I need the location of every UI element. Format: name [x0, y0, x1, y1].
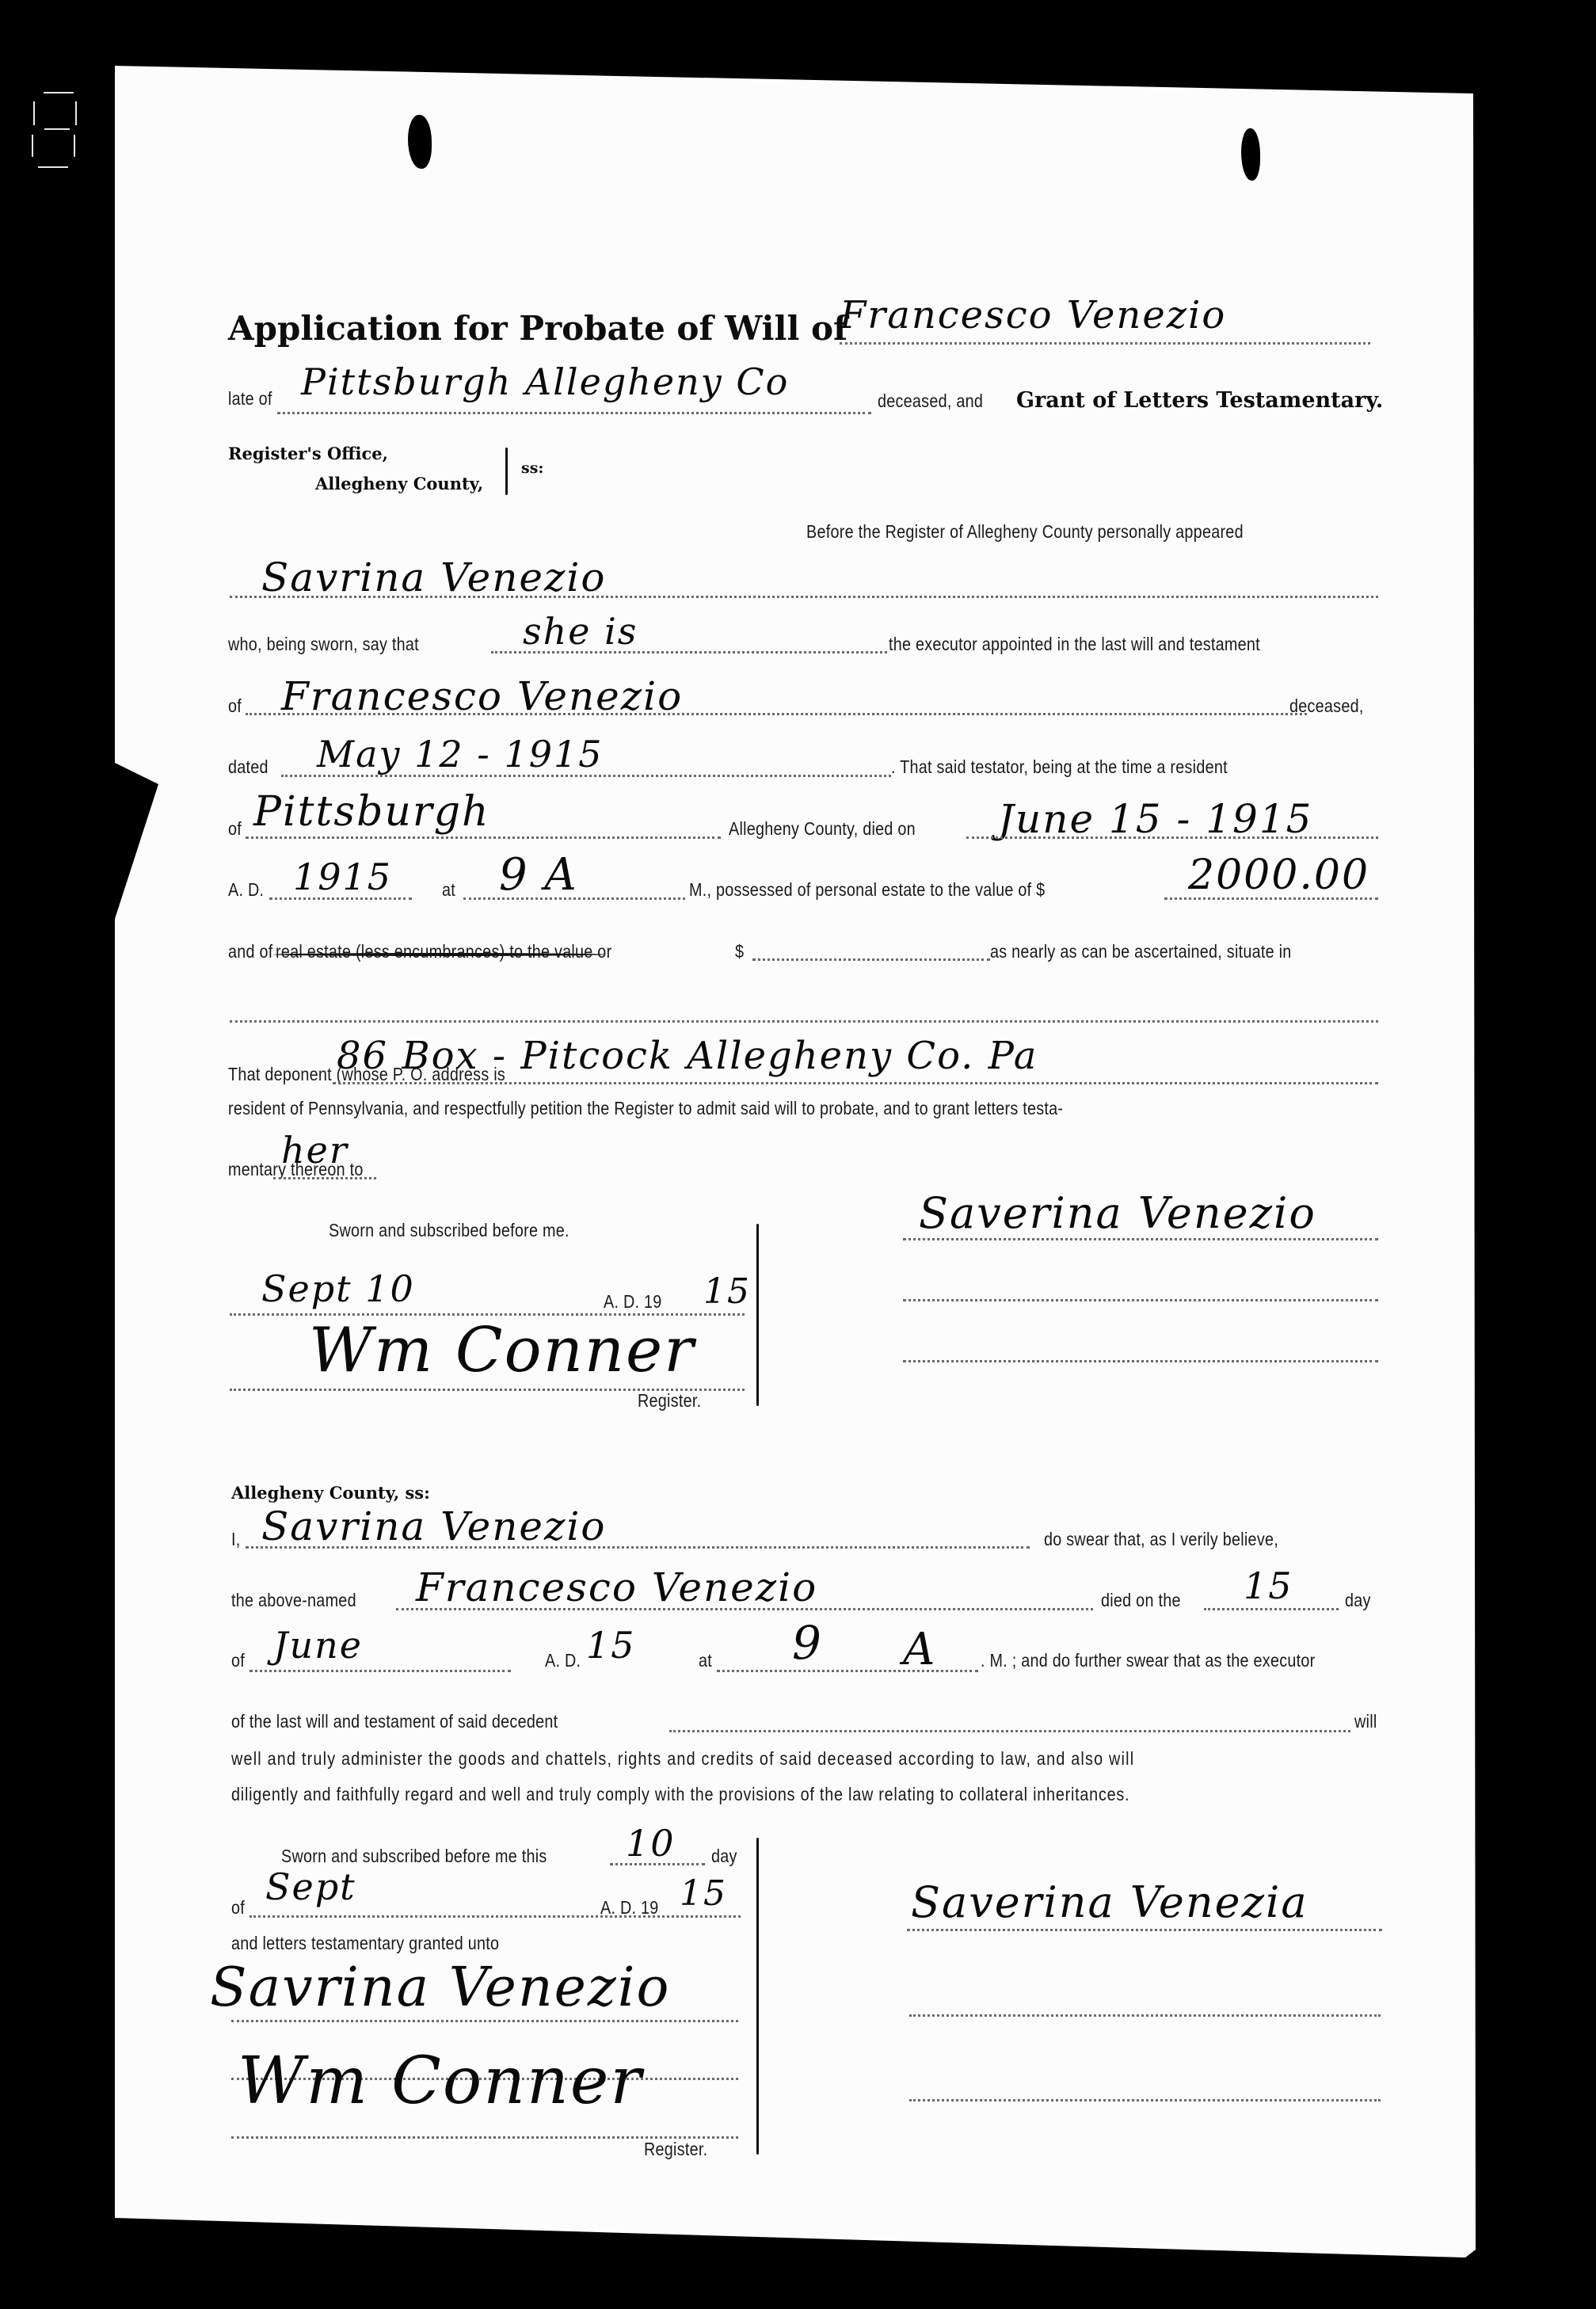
- register-signature-2: Wm Conner: [238, 2044, 643, 2119]
- residence-field: Pittsburgh: [253, 788, 490, 836]
- letters-to-field: her: [281, 1129, 349, 1172]
- above-named-field: Francesco Venezio: [416, 1564, 817, 1610]
- oath-ampm-field: A: [903, 1624, 936, 1675]
- executor-signature: Saverina Venezia: [911, 1877, 1308, 1927]
- decedent-name-field: Francesco Venezio: [840, 293, 1226, 337]
- real-estate-struck-text: real estate (less encumbrances) to the v…: [276, 941, 611, 962]
- petition-year-field: 15: [703, 1271, 751, 1312]
- grant-title: Grant of Letters Testamentary.: [1016, 388, 1383, 413]
- oath-day-label: day: [711, 1846, 737, 1867]
- form-title: Application for Probate of Will of: [228, 309, 848, 348]
- ss-label: ss:: [521, 459, 543, 477]
- punch-hole-left: [408, 115, 432, 169]
- oath-at-label: at: [699, 1650, 712, 1671]
- deceased-and-label: deceased, and: [878, 391, 983, 412]
- granted-to-field: Savrina Venezio: [210, 1957, 670, 2019]
- letters-granted-text: and letters testamentary granted unto: [231, 1933, 499, 1954]
- sworn-value-field: she is: [523, 610, 638, 653]
- diligently-text: diligently and faithfully regard and wel…: [231, 1784, 1129, 1805]
- oath-sworn-day-field: 10: [626, 1822, 676, 1865]
- day-label: day: [1345, 1590, 1371, 1611]
- dollar-label: $: [735, 941, 744, 962]
- petition-sworn-date-field: Sept 10: [261, 1267, 415, 1310]
- ascertained-text: as nearly as can be ascertained, situate…: [990, 941, 1292, 962]
- late-of-label: late of: [228, 388, 272, 410]
- died-on-label: Allegheny County, died on: [729, 818, 916, 840]
- appeared-name-field: Savrina Venezio: [261, 554, 606, 600]
- oath-sworn-this-text: Sworn and subscribed before me this: [281, 1846, 547, 1867]
- register-label-2: Register.: [644, 2139, 707, 2160]
- oath-sworn-of-label: of: [231, 1897, 245, 1918]
- testator-resident-text: . That said testator, being at the time …: [891, 756, 1228, 778]
- swear-text: do swear that, as I verily believe,: [1044, 1529, 1278, 1550]
- administer-text: well and truly administer the goods and …: [231, 1748, 1134, 1770]
- oath-ad-label: A. D.: [545, 1650, 581, 1671]
- death-date-field: June 15 - 1915: [998, 796, 1312, 842]
- oath-sworn-year-field: 15: [680, 1873, 727, 1914]
- executor-text: the executor appointed in the last will …: [889, 634, 1260, 655]
- ad-year-field: 1915: [293, 855, 392, 898]
- sworn-say-label: who, being sworn, say that: [228, 634, 419, 655]
- affiant-name-field: Savrina Venezio: [261, 1503, 606, 1549]
- registers-office-label: Register's Office,: [228, 444, 388, 463]
- petitioner-signature: Saverina Venezio: [919, 1188, 1316, 1238]
- death-day-field: 15: [1244, 1564, 1293, 1607]
- document-scan: Application for Probate of Will of Franc…: [0, 0, 1596, 2309]
- above-named-label: the above-named: [231, 1590, 356, 1611]
- will-label: will: [1354, 1711, 1377, 1732]
- petition-text: resident of Pennsylvania, and respectful…: [228, 1098, 1063, 1119]
- oath-sworn-month-field: Sept: [265, 1865, 356, 1908]
- death-month-field: June: [273, 1624, 363, 1667]
- oath-year-field: 15: [586, 1624, 636, 1667]
- dated-label: dated: [228, 756, 269, 778]
- at-label: at: [442, 879, 455, 901]
- will-date-field: May 12 - 1915: [317, 733, 604, 775]
- and-of-label: and of: [228, 941, 273, 962]
- time-field: 9 A: [499, 849, 578, 901]
- last-will-text: of the last will and testament of said d…: [231, 1711, 558, 1732]
- i-label: I,: [231, 1529, 241, 1550]
- venue-county-label: Allegheny County,: [315, 474, 483, 493]
- oath-time-field: 9: [792, 1616, 823, 1670]
- oath-county-heading: Allegheny County, ss:: [231, 1483, 430, 1503]
- ad-label: A. D.: [228, 879, 264, 901]
- personal-estate-value-field: 2000.00: [1188, 852, 1369, 899]
- po-address-field: 86 Box - Pitcock Allegheny Co. Pa: [337, 1034, 1038, 1078]
- oath-of-label: of: [231, 1650, 245, 1671]
- possessed-text: M., possessed of personal estate to the …: [689, 879, 1045, 901]
- register-label-1: Register.: [638, 1390, 701, 1412]
- resident-of-label: of: [228, 818, 242, 840]
- before-register-text: Before the Register of Allegheny County …: [806, 521, 1244, 543]
- late-of-field: Pittsburgh Allegheny Co: [301, 360, 789, 403]
- register-signature-1: Wm Conner: [309, 1315, 695, 1386]
- petition-ad-label: A. D. 19: [604, 1291, 662, 1313]
- deceased-label: deceased,: [1289, 695, 1364, 717]
- punch-hole-right: [1241, 128, 1260, 181]
- of-label: of: [228, 695, 242, 717]
- oath-sworn-ad-label: A. D. 19: [600, 1897, 659, 1918]
- further-swear-text: . M. ; and do further swear that as the …: [981, 1650, 1315, 1671]
- died-on-the-label: died on the: [1101, 1590, 1181, 1611]
- sworn-before-text: Sworn and subscribed before me.: [329, 1220, 569, 1241]
